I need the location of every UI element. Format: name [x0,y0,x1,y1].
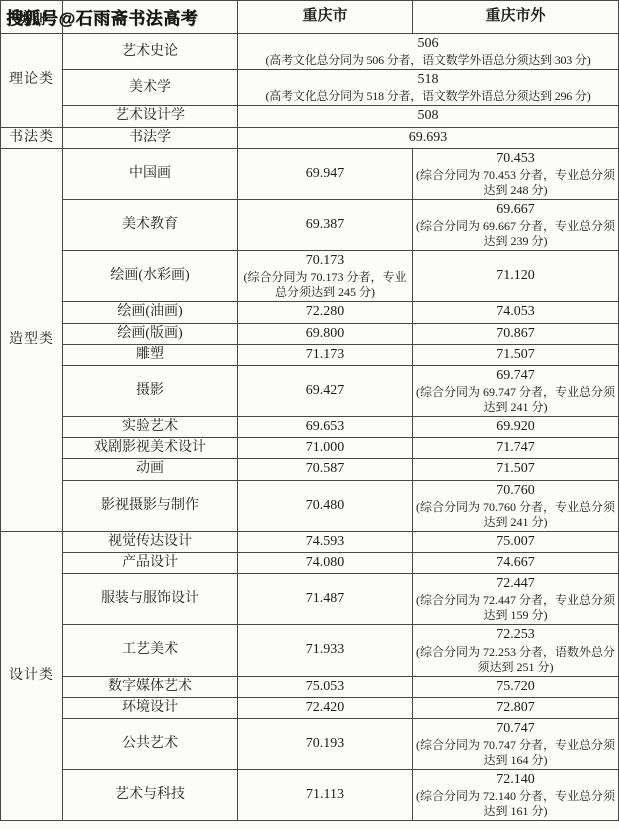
score-cell-outside: 74.667 [413,553,619,574]
score-cell-outside: 72.253(综合分同为 72.253 分者，语数外总分须达到 251 分) [413,625,619,676]
score-note: (综合分同为 72.140 分者，专业总分须达到 161 分) [415,789,616,819]
table-row: 绘画(水彩画)70.173(综合分同为 70.173 分者，专业总分须达到 24… [1,251,619,302]
score-cell-chongqing: 69.800 [238,323,413,344]
category-cell: 造型类 [1,148,63,531]
major-cell: 产品设计 [63,553,238,574]
score-value: 75.720 [415,678,616,696]
table-row: 美术教育69.38769.667(综合分同为 69.667 分者，专业总分须达到… [1,199,619,250]
score-cell-chongqing: 70.173(综合分同为 70.173 分者，专业总分须达到 245 分) [238,251,413,302]
score-cell-chongqing: 70.480 [238,480,413,531]
score-note: (高考文化总分同为 506 分者，语文数学外语总分须达到 303 分) [240,53,616,68]
major-cell: 书法学 [63,127,238,148]
score-value: 70.193 [240,735,410,753]
score-table-body: 理论类艺术史论506(高考文化总分同为 506 分者，语文数学外语总分须达到 3… [1,34,619,821]
table-row: 美术学518(高考文化总分同为 518 分者，语文数学外语总分须达到 296 分… [1,70,619,106]
score-value: 508 [240,107,616,125]
score-cell-outside: 69.747(综合分同为 69.747 分者，专业总分须达到 241 分) [413,365,619,416]
major-cell: 工艺美术 [63,625,238,676]
score-value: 72.807 [415,699,616,717]
score-cell-merged: 506(高考文化总分同为 506 分者，语文数学外语总分须达到 303 分) [238,34,619,70]
score-table: 类别 重庆市 重庆市外 理论类艺术史论506(高考文化总分同为 506 分者，语… [0,0,619,821]
score-cell-chongqing: 70.193 [238,718,413,769]
major-cell: 动画 [63,459,238,480]
score-note: (综合分同为 70.173 分者，专业总分须达到 245 分) [240,270,410,300]
score-value: 75.053 [240,678,410,696]
major-cell: 环境设计 [63,697,238,718]
major-cell: 服装与服饰设计 [63,574,238,625]
score-note: (综合分同为 69.747 分者，专业总分须达到 241 分) [415,385,616,415]
major-cell: 戏剧影视美术设计 [63,438,238,459]
score-cell-outside: 71.507 [413,459,619,480]
score-cell-chongqing: 71.487 [238,574,413,625]
score-cell-outside: 71.507 [413,344,619,365]
score-note: (综合分同为 69.667 分者，专业总分须达到 239 分) [415,219,616,249]
score-value: 71.933 [240,641,410,659]
table-row: 绘画(油画)72.28074.053 [1,302,619,323]
score-note: (综合分同为 70.453 分者，专业总分须达到 248 分) [415,168,616,198]
score-cell-outside: 71.747 [413,438,619,459]
table-row: 工艺美术71.93372.253(综合分同为 72.253 分者，语数外总分须达… [1,625,619,676]
major-cell: 雕塑 [63,344,238,365]
score-cell-chongqing: 71.000 [238,438,413,459]
major-cell: 美术学 [63,70,238,106]
score-value: 72.253 [415,626,616,644]
score-cell-outside: 75.007 [413,531,619,552]
major-cell: 公共艺术 [63,718,238,769]
major-cell: 绘画(油画) [63,302,238,323]
table-row: 绘画(版画)69.80070.867 [1,323,619,344]
score-cell-chongqing: 71.173 [238,344,413,365]
score-note: (综合分同为 70.760 分者，专业总分须达到 241 分) [415,500,616,530]
score-value: 74.593 [240,533,410,551]
score-note: (综合分同为 72.447 分者，专业总分须达到 159 分) [415,593,616,623]
score-cell-merged: 518(高考文化总分同为 518 分者，语文数学外语总分须达到 296 分) [238,70,619,106]
score-value: 69.800 [240,325,410,343]
score-cell-outside: 70.760(综合分同为 70.760 分者，专业总分须达到 241 分) [413,480,619,531]
score-cell-outside: 71.120 [413,251,619,302]
score-cell-chongqing: 71.113 [238,770,413,821]
table-row: 公共艺术70.19370.747(综合分同为 70.747 分者，专业总分须达到… [1,718,619,769]
score-cell-outside: 69.667(综合分同为 69.667 分者，专业总分须达到 239 分) [413,199,619,250]
table-row: 服装与服饰设计71.48772.447(综合分同为 72.447 分者，专业总分… [1,574,619,625]
watermark-text: 搜狐号@石雨斋书法高考 [6,4,198,29]
table-row: 雕塑71.17371.507 [1,344,619,365]
table-row: 设计类视觉传达设计74.59375.007 [1,531,619,552]
table-row: 艺术与科技71.11372.140(综合分同为 72.140 分者，专业总分须达… [1,770,619,821]
score-value: 69.427 [240,382,410,400]
score-cell-outside: 72.447(综合分同为 72.447 分者，专业总分须达到 159 分) [413,574,619,625]
score-value: 69.387 [240,216,410,234]
major-cell: 摄影 [63,365,238,416]
score-value: 72.140 [415,771,616,789]
score-cell-merged: 508 [238,106,619,127]
score-cell-chongqing: 74.593 [238,531,413,552]
score-cell-outside: 70.453(综合分同为 70.453 分者，专业总分须达到 248 分) [413,148,619,199]
category-cell: 理论类 [1,34,63,128]
major-cell: 视觉传达设计 [63,531,238,552]
score-value: 70.587 [240,460,410,478]
score-value: 70.480 [240,497,410,515]
table-row: 实验艺术69.65369.920 [1,417,619,438]
score-value: 71.113 [240,786,410,804]
score-cell-chongqing: 69.427 [238,365,413,416]
score-value: 518 [240,71,616,89]
score-cell-chongqing: 75.053 [238,676,413,697]
major-cell: 中国画 [63,148,238,199]
score-cell-chongqing: 72.420 [238,697,413,718]
table-row: 艺术设计学508 [1,106,619,127]
score-value: 70.867 [415,325,616,343]
table-row: 产品设计74.08074.667 [1,553,619,574]
score-cell-outside: 70.867 [413,323,619,344]
score-cell-chongqing: 74.080 [238,553,413,574]
major-cell: 艺术设计学 [63,106,238,127]
table-row: 摄影69.42769.747(综合分同为 69.747 分者，专业总分须达到 2… [1,365,619,416]
score-value: 69.920 [415,418,616,436]
table-row: 影视摄影与制作70.48070.760(综合分同为 70.760 分者，专业总分… [1,480,619,531]
score-cell-outside: 72.807 [413,697,619,718]
major-cell: 艺术与科技 [63,770,238,821]
score-cell-chongqing: 70.587 [238,459,413,480]
score-cell-chongqing: 71.933 [238,625,413,676]
major-cell: 数字媒体艺术 [63,676,238,697]
table-row: 书法类书法学69.693 [1,127,619,148]
score-value: 506 [240,35,616,53]
table-row: 造型类中国画69.94770.453(综合分同为 70.453 分者，专业总分须… [1,148,619,199]
major-cell: 艺术史论 [63,34,238,70]
score-value: 71.173 [240,346,410,364]
score-cell-chongqing: 69.947 [238,148,413,199]
major-cell: 实验艺术 [63,417,238,438]
score-value: 70.747 [415,720,616,738]
header-chongqing: 重庆市 [238,1,413,34]
score-note: (综合分同为 72.253 分者，语数外总分须达到 251 分) [415,645,616,675]
score-value: 71.000 [240,439,410,457]
table-row: 数字媒体艺术75.05375.720 [1,676,619,697]
major-cell: 影视摄影与制作 [63,480,238,531]
score-value: 71.487 [240,590,410,608]
score-cell-outside: 69.920 [413,417,619,438]
score-cell-outside: 70.747(综合分同为 70.747 分者，专业总分须达到 164 分) [413,718,619,769]
table-row: 动画70.58771.507 [1,459,619,480]
score-value: 69.747 [415,367,616,385]
score-value: 75.007 [415,533,616,551]
score-value: 71.747 [415,439,616,457]
major-cell: 绘画(版画) [63,323,238,344]
score-value: 71.507 [415,460,616,478]
score-value: 71.507 [415,346,616,364]
score-value: 69.693 [240,129,616,147]
score-note: (综合分同为 70.747 分者，专业总分须达到 164 分) [415,738,616,768]
major-cell: 绘画(水彩画) [63,251,238,302]
score-value: 74.667 [415,554,616,572]
score-value: 69.947 [240,165,410,183]
score-cell-outside: 72.140(综合分同为 72.140 分者，专业总分须达到 161 分) [413,770,619,821]
major-cell: 美术教育 [63,199,238,250]
header-outside: 重庆市外 [413,1,619,34]
score-note: (高考文化总分同为 518 分者，语文数学外语总分须达到 296 分) [240,89,616,104]
score-value: 70.453 [415,150,616,168]
score-cell-chongqing: 69.653 [238,417,413,438]
score-value: 72.447 [415,575,616,593]
score-value: 74.053 [415,303,616,321]
table-row: 理论类艺术史论506(高考文化总分同为 506 分者，语文数学外语总分须达到 3… [1,34,619,70]
score-cell-chongqing: 72.280 [238,302,413,323]
score-value: 69.667 [415,201,616,219]
score-value: 69.653 [240,418,410,436]
score-value: 72.280 [240,303,410,321]
document-page: 搜狐号@石雨斋书法高考 类别 重庆市 重庆市外 理论类艺术史论506(高考文化总… [0,0,619,829]
score-value: 74.080 [240,554,410,572]
category-cell: 书法类 [1,127,63,148]
score-cell-outside: 74.053 [413,302,619,323]
category-cell: 设计类 [1,531,63,821]
score-value: 70.760 [415,482,616,500]
table-row: 戏剧影视美术设计71.00071.747 [1,438,619,459]
table-row: 环境设计72.42072.807 [1,697,619,718]
score-cell-chongqing: 69.387 [238,199,413,250]
score-value: 70.173 [240,252,410,270]
score-value: 71.120 [415,267,616,285]
score-cell-outside: 75.720 [413,676,619,697]
score-value: 72.420 [240,699,410,717]
score-cell-merged: 69.693 [238,127,619,148]
